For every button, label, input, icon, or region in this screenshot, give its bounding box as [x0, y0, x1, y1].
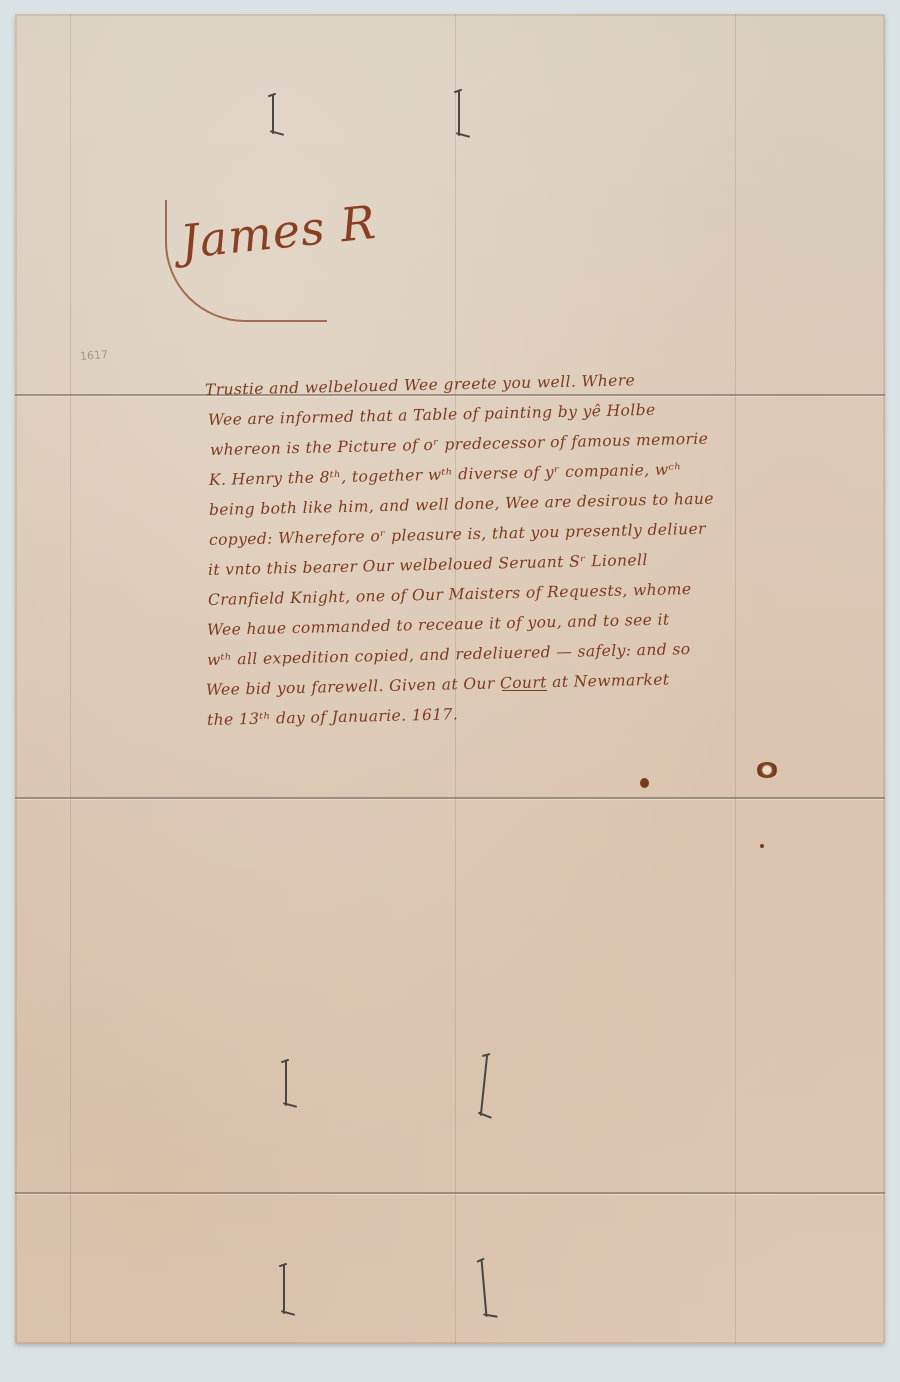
ink-spot-small — [760, 844, 764, 848]
fold-line-vertical-left — [70, 14, 71, 1344]
ink-burn-hole — [756, 762, 778, 778]
date-underline — [502, 690, 547, 691]
fold-line-middle — [15, 797, 885, 799]
tear-mark-bottom-right — [480, 1259, 487, 1317]
tear-mark-mid-right — [480, 1054, 488, 1116]
ink-spot — [640, 778, 649, 788]
letter-body: Trustie and welbeloued Wee greete you we… — [205, 375, 870, 735]
tear-mark-mid-left — [285, 1060, 287, 1106]
tear-mark-top-right — [458, 90, 460, 136]
tear-mark-top-left — [272, 94, 274, 134]
fold-line-lower — [15, 1192, 885, 1194]
tear-mark-bottom-left — [283, 1264, 285, 1314]
faded-docket-note: 1617 — [80, 348, 109, 363]
